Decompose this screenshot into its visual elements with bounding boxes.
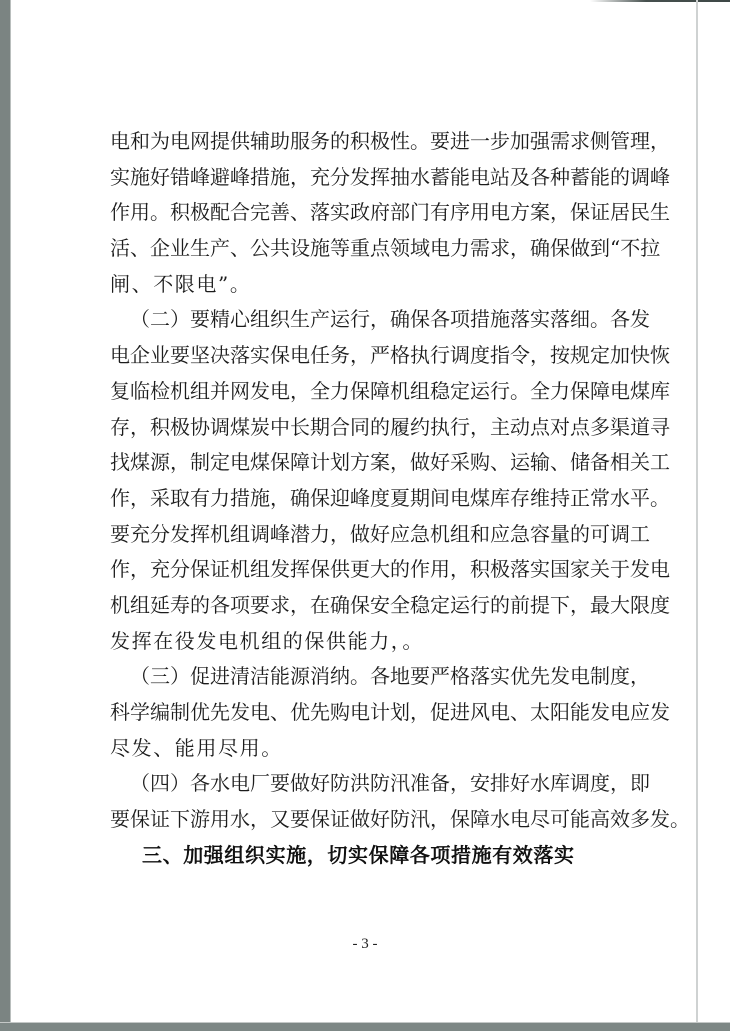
paragraph-continued: 电和为电网提供辅助服务的积极性。要进一步加强需求侧管理， 实施好错峰避峰措施，充…	[110, 124, 650, 302]
text-line: （三）促进清洁能源消纳。各地要严格落实优先发电制度，	[110, 659, 650, 695]
text-line: 尽发、能用尽用。	[110, 731, 650, 767]
scan-top-edge	[590, 0, 730, 2]
text-line: （四）各水电厂要做好防洪防汛准备，安排好水库调度，即	[110, 766, 650, 802]
document-page-body: 电和为电网提供辅助服务的积极性。要进一步加强需求侧管理， 实施好错峰避峰措施，充…	[110, 124, 650, 873]
text-line: 存，积极协调煤炭中长期合同的履约执行，主动点对点多渠道寻	[110, 410, 650, 446]
text-line: 机组延寿的各项要求，在确保安全稳定运行的前提下，最大限度	[110, 588, 650, 624]
section-heading: 三、加强组织实施，切实保障各项措施有效落实	[110, 838, 650, 874]
text-line: 科学编制优先发电、优先购电计划，促进风电、太阳能发电应发	[110, 695, 650, 731]
scan-left-edge	[0, 0, 10, 1031]
paragraph-item-3: （三）促进清洁能源消纳。各地要严格落实优先发电制度， 科学编制优先发电、优先购电…	[110, 659, 650, 766]
text-line: 活、企业生产、公共设施等重点领域电力需求，确保做到“不拉	[110, 231, 650, 267]
scan-bottom-edge	[0, 1023, 730, 1031]
text-line: 复临检机组并网发电，全力保障机组稳定运行。全力保障电煤库	[110, 374, 650, 410]
text-line: 找煤源，制定电煤保障计划方案，做好采购、运输、储备相关工	[110, 445, 650, 481]
text-line: 作用。积极配合完善、落实政府部门有序用电方案，保证居民生	[110, 195, 650, 231]
text-line: 电企业要坚决落实保电任务，严格执行调度指令，按规定加快恢	[110, 338, 650, 374]
text-line: 作，充分保证机组发挥保供更大的作用，积极落实国家关于发电	[110, 552, 650, 588]
scan-right-fold-line	[696, 0, 698, 1023]
text-line: 发挥在役发电机组的保供能力，。	[110, 624, 650, 660]
text-line: 电和为电网提供辅助服务的积极性。要进一步加强需求侧管理，	[110, 124, 650, 160]
text-line: 要保证下游用水，又要保证做好防汛，保障水电尽可能高效多发。	[110, 802, 650, 838]
text-line: 实施好错峰避峰措施，充分发挥抽水蓄能电站及各种蓄能的调峰	[110, 160, 650, 196]
paragraph-item-4: （四）各水电厂要做好防洪防汛准备，安排好水库调度，即 要保证下游用水，又要保证做…	[110, 766, 650, 837]
text-line: 作，采取有力措施，确保迎峰度夏期间电煤库存维持正常水平。	[110, 481, 650, 517]
text-line: 要充分发挥机组调峰潜力，做好应急机组和应急容量的可调工	[110, 517, 650, 553]
scan-left-edge-highlight	[10, 0, 11, 1031]
page-number: - 3 -	[0, 936, 730, 953]
text-line: 闸、不限电”。	[110, 267, 650, 303]
text-line: （二）要精心组织生产运行，确保各项措施落实落细。各发	[110, 302, 650, 338]
paragraph-item-2: （二）要精心组织生产运行，确保各项措施落实落细。各发 电企业要坚决落实保电任务，…	[110, 302, 650, 659]
